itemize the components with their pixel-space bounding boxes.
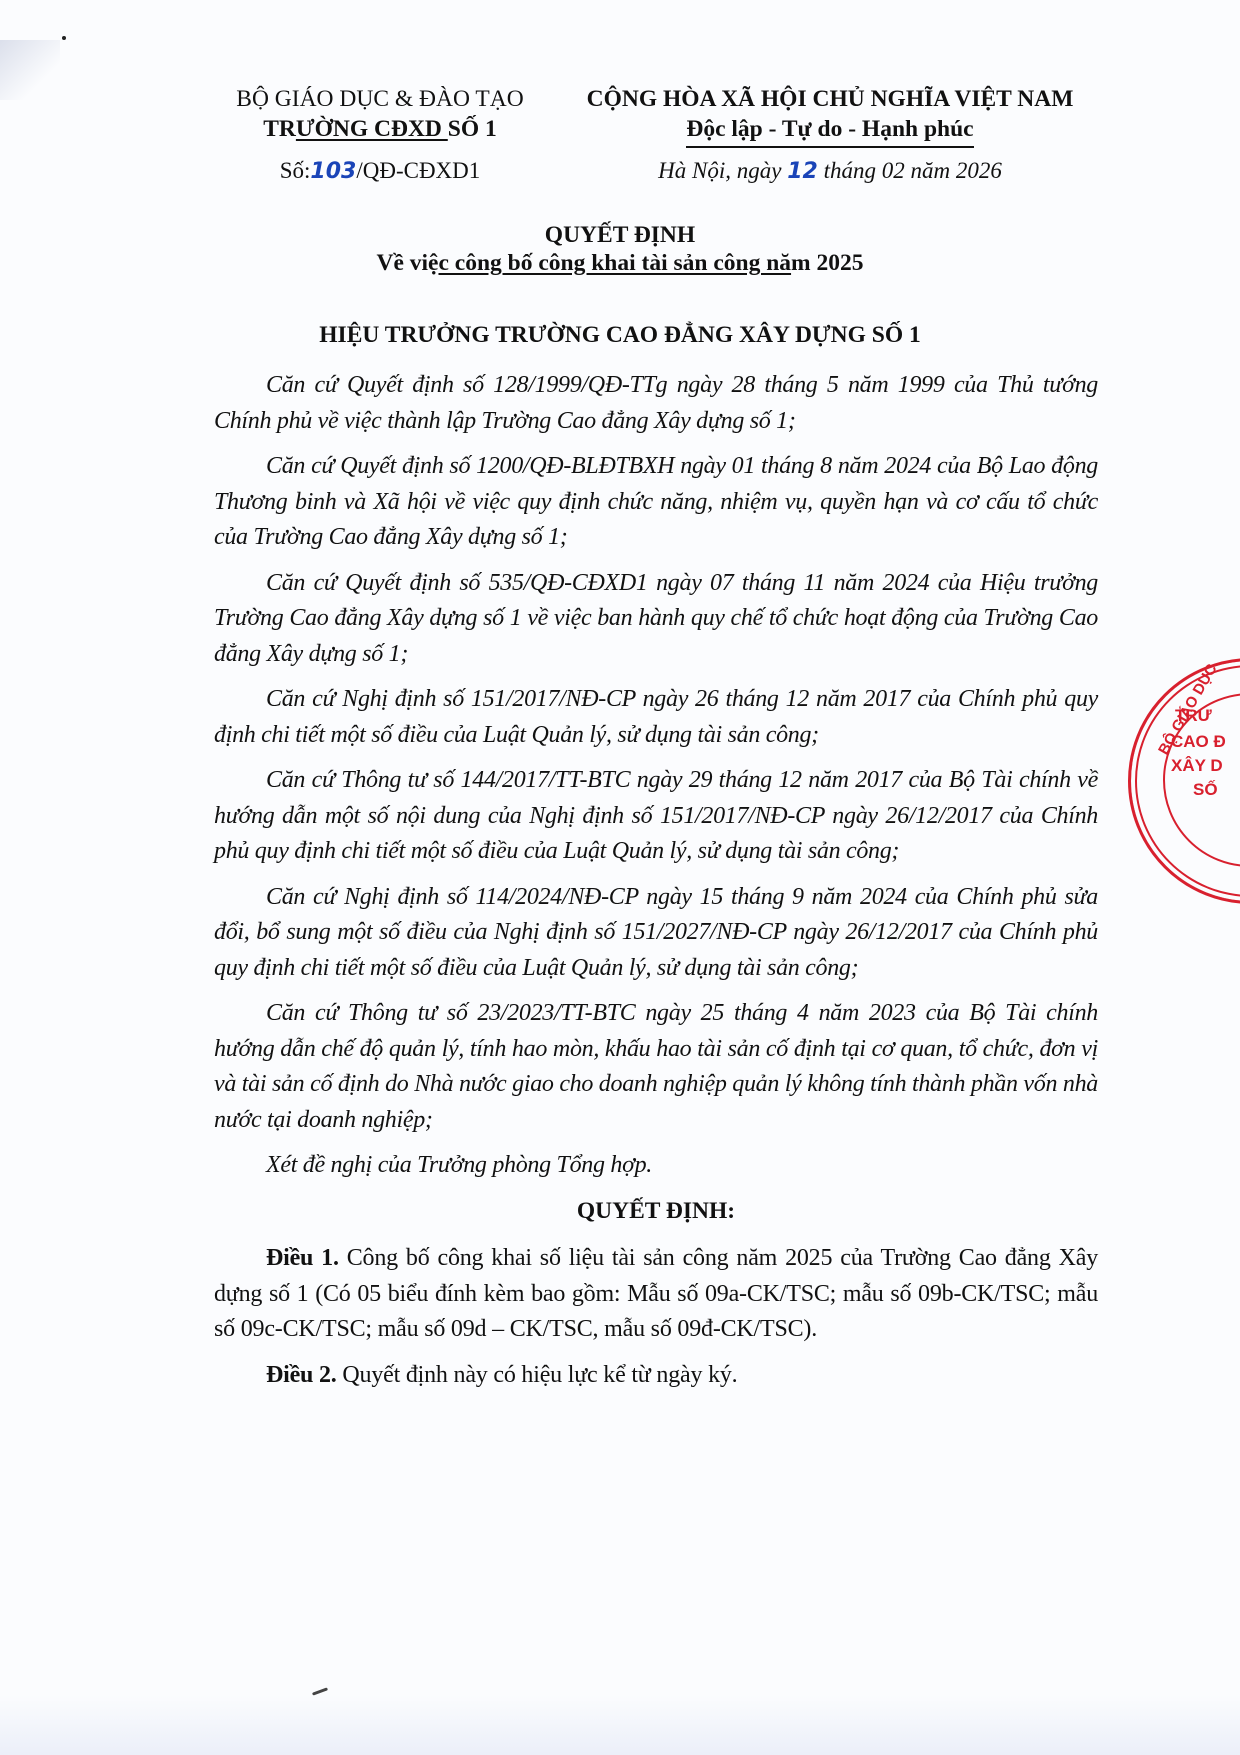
decision-heading: QUYẾT ĐỊNH: [214, 1194, 1098, 1230]
seal-line: CAO Đ [1171, 731, 1226, 753]
preamble-clause: Xét đề nghị của Trưởng phòng Tổng hợp. [214, 1148, 1098, 1184]
article-2: Điều 2. Quyết định này có hiệu lực kể từ… [214, 1358, 1098, 1394]
preamble-clause: Căn cứ Thông tư số 144/2017/TT-BTC ngày … [214, 763, 1098, 870]
scan-bottom-tint [0, 1695, 1240, 1755]
national-motto: Độc lập - Tự do - Hạnh phúc [686, 114, 973, 148]
article-1: Điều 1. Công bố công khai số liệu tài sả… [214, 1241, 1098, 1348]
ministry-name: BỘ GIÁO DỤC & ĐÀO TẠO [200, 84, 560, 114]
seal-line: XÂY D [1171, 755, 1223, 777]
preamble-clause: Căn cứ Nghị định số 151/2017/NĐ-CP ngày … [214, 682, 1098, 753]
country-name: CỘNG HÒA XÃ HỘI CHỦ NGHĨA VIỆT NAM [560, 84, 1100, 114]
handwritten-day: 12 [787, 159, 818, 184]
handwritten-number: 103 [310, 159, 356, 184]
document-number: Số:103/QĐ-CĐXD1 [200, 158, 560, 184]
preamble-clause: Căn cứ Thông tư số 23/2023/TT-BTC ngày 2… [214, 996, 1098, 1138]
scan-speck [62, 36, 66, 40]
issuing-authority: HIỆU TRƯỞNG TRƯỜNG CAO ĐẲNG XÂY DỰNG SỐ … [0, 322, 1240, 349]
seal-line: TRƯ [1175, 705, 1212, 727]
preamble-clause: Căn cứ Quyết định số 1200/QĐ-BLĐTBXH ngà… [214, 449, 1098, 556]
document-body: Căn cứ Quyết định số 128/1999/QĐ-TTg ngà… [214, 368, 1098, 1403]
national-header: CỘNG HÒA XÃ HỘI CHỦ NGHĨA VIỆT NAM Độc l… [560, 84, 1100, 148]
scanned-document-page: BỘ GIÁO DỤC & ĐÀO TẠO TRƯỜNG CĐXD SỐ 1 C… [0, 0, 1240, 1755]
issuing-agency-header: BỘ GIÁO DỤC & ĐÀO TẠO TRƯỜNG CĐXD SỐ 1 [200, 84, 560, 144]
seal-line: SỐ [1193, 779, 1218, 801]
preamble-clause: Căn cứ Nghị định số 114/2024/NĐ-CP ngày … [214, 880, 1098, 987]
scan-shadow [0, 40, 60, 100]
document-subject: Về việc công bố công khai tài sản công n… [0, 250, 1240, 277]
official-seal-stamp: BỘ GIÁO DỤC TRƯ CAO Đ XÂY D SỐ [1128, 658, 1240, 904]
school-name: TRƯỜNG CĐXD SỐ 1 [200, 114, 560, 144]
document-title: QUYẾT ĐỊNH [0, 220, 1240, 250]
preamble-clause: Căn cứ Quyết định số 128/1999/QĐ-TTg ngà… [214, 368, 1098, 439]
preamble-clause: Căn cứ Quyết định số 535/QĐ-CĐXD1 ngày 0… [214, 566, 1098, 673]
place-date-line: Hà Nội, ngày 12 tháng 02 năm 2026 [560, 158, 1100, 184]
